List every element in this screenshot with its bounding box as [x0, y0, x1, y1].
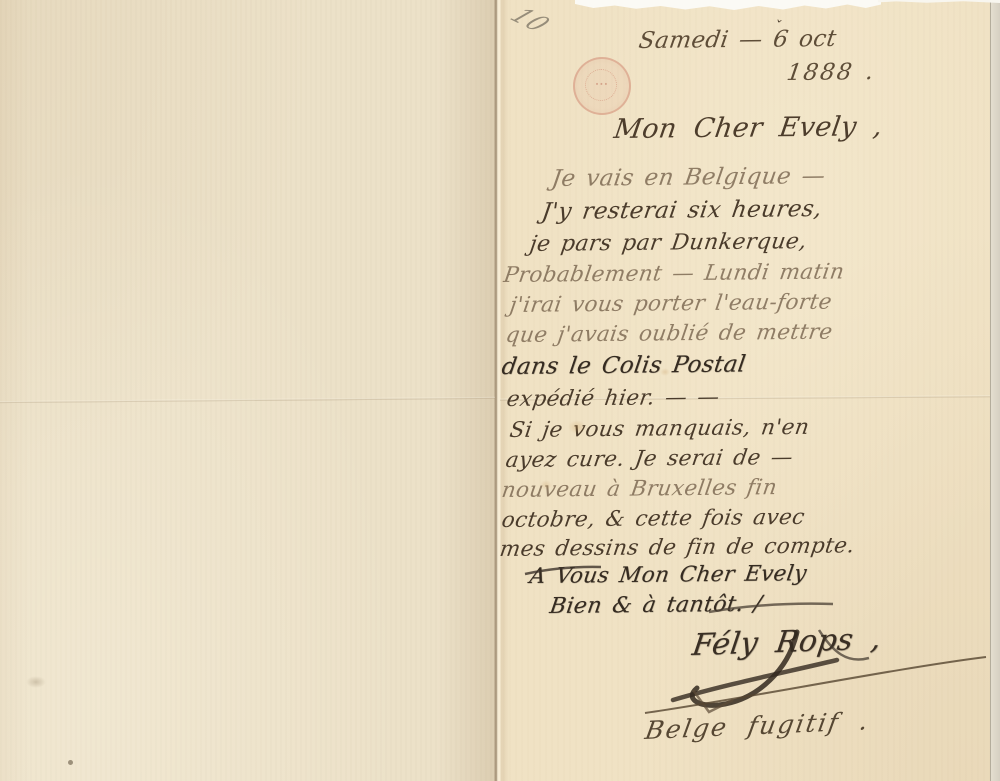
letter-body-line: A Vous Mon Cher Evely: [528, 561, 808, 589]
letter-body-line: mes dessins de fin de compte.: [498, 533, 856, 562]
letter-scan: 10 ∙∙∙ ˇ Samedi — 6 oct 1888 . Mon Cher …: [0, 0, 1000, 781]
letter-body-line: octobre, & cette fois avec: [500, 505, 807, 533]
letter-date-line1: Samedi — 6 oct: [637, 26, 838, 54]
letter-salutation: Mon Cher Evely ,: [612, 111, 885, 145]
letter-body-line: Probablement — Lundi matin: [502, 259, 846, 288]
letter-body-line: que j'avais oublié de mettre: [504, 320, 834, 348]
letter-signature: Fély Rops ,: [690, 621, 884, 663]
letter-body-line: dans le Colis Postal: [500, 351, 748, 380]
letter-body-line: je pars par Dunkerque,: [528, 229, 809, 257]
letter-body-line: Je vais en Belgique —: [550, 163, 827, 192]
scan-edge-strip: [990, 0, 1000, 781]
letter-body-line: nouveau à Bruxelles fin: [500, 475, 779, 503]
collection-stamp-icon: ∙∙∙: [573, 57, 631, 115]
letter-body-line: Si je vous manquais, n'en: [508, 415, 811, 443]
blank-left-page: [0, 0, 497, 781]
letter-body-line: Bien & à tantôt. /: [548, 592, 764, 619]
letter-body-line: ayez cure. Je serai de —: [504, 445, 795, 473]
collection-stamp-glyphs: ∙∙∙: [575, 80, 629, 88]
letter-date-line2: 1888 .: [785, 59, 877, 86]
letter-body-line: expédié hier. — —: [505, 385, 721, 412]
center-fold-line: [494, 0, 498, 781]
letter-body-line: j'irai vous porter l'eau-forte: [508, 290, 834, 318]
letter-body-line: J'y resterai six heures,: [540, 196, 824, 225]
